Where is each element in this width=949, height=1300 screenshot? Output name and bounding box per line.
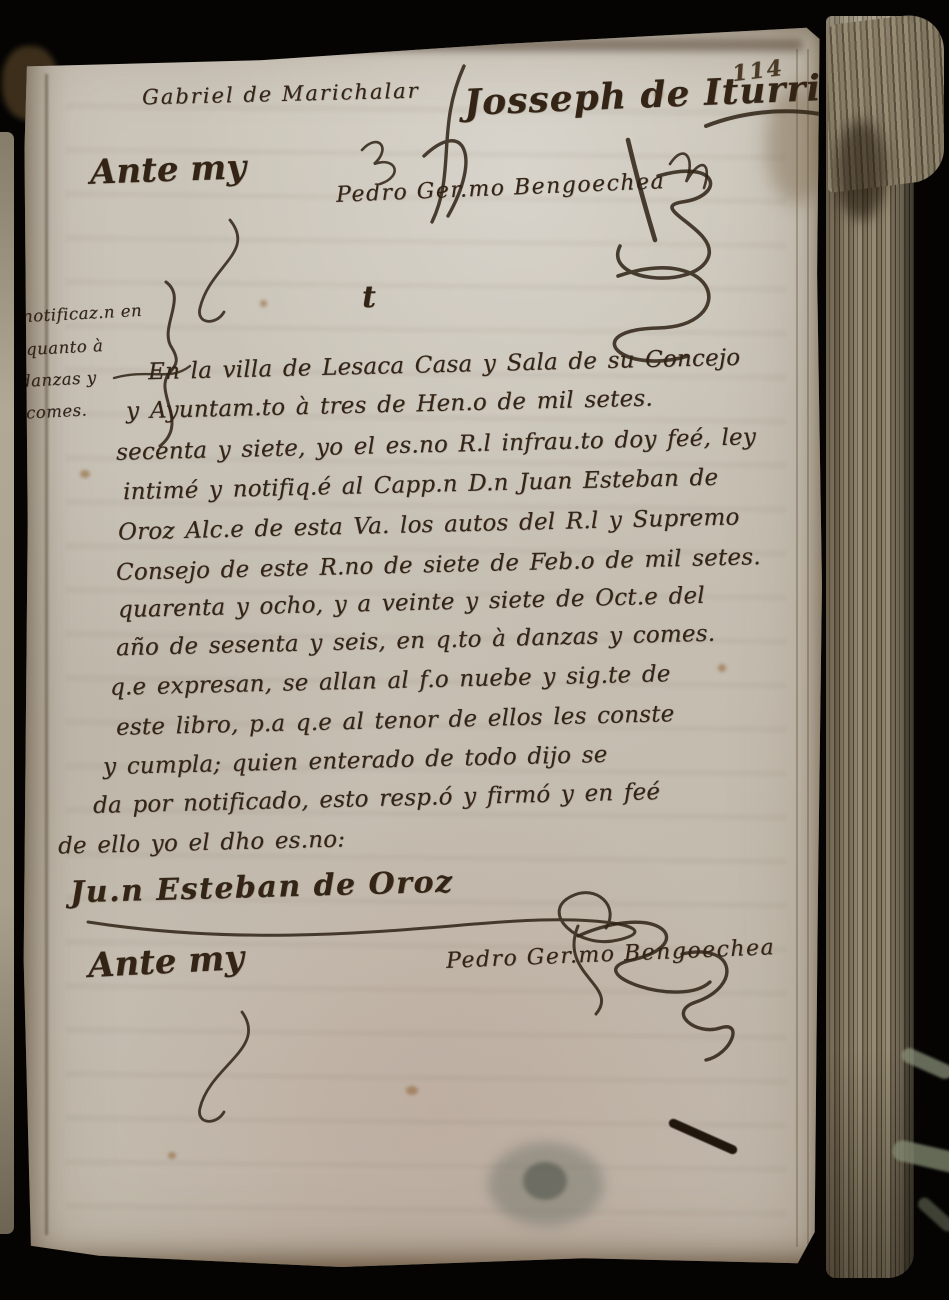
ante-mi-top: Ante my [89, 147, 246, 192]
previous-page-edge [0, 132, 14, 1234]
foxing-spot [260, 300, 267, 307]
margin-note-line: quanto à [26, 336, 104, 359]
under-page-edge-line [796, 49, 798, 1247]
bookmark-cord [915, 1195, 949, 1234]
foxing-spot [80, 470, 90, 478]
ante-mi-bottom: Ante my [87, 938, 245, 986]
under-page-edge-line [807, 49, 809, 1247]
foxing-spot [168, 1152, 176, 1159]
gutter-crease [45, 74, 48, 1235]
paper-stain [523, 1162, 567, 1200]
top-edge-shadow [34, 39, 802, 51]
fore-edge-stain [835, 120, 887, 220]
margin-note-line: danzas y [20, 368, 97, 391]
manuscript-photo: 114 Gabriel de Marichalar Josseph de Itu… [0, 0, 949, 1300]
margin-note-line: comes. [26, 400, 88, 422]
invocation-cross: t [362, 280, 377, 315]
foxing-spot [406, 1086, 418, 1095]
manuscript-page: 114 Gabriel de Marichalar Josseph de Itu… [18, 24, 826, 1272]
foxing-spot [718, 664, 726, 672]
